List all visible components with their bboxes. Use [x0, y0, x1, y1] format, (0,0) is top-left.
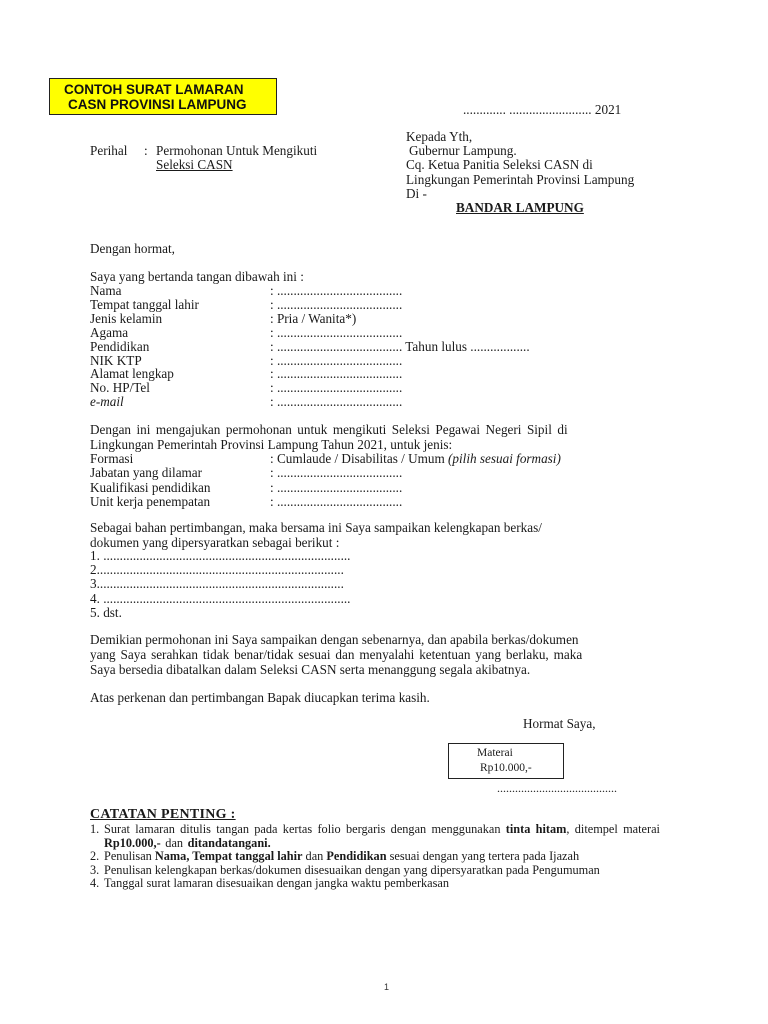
application-line-2: Lingkungan Pemerintah Provinsi Lampung T…: [90, 437, 650, 452]
application-field-label: Unit kerja penempatan: [90, 495, 270, 509]
note-item: 2.Penulisan Nama, Tempat tanggal lahir d…: [90, 850, 660, 864]
note-number: 3.: [90, 864, 104, 878]
note-emphasis: tinta hitam: [506, 822, 567, 836]
attachment-item: 3.......................................…: [90, 577, 344, 591]
perihal-colon: :: [144, 143, 148, 158]
personal-field-label: e-mail: [90, 395, 270, 409]
recipient-line-5: Di -: [406, 186, 427, 201]
note-fragment: Penulisan kelengkapan berkas/dokumen dis…: [104, 863, 600, 877]
note-text: Penulisan kelengkapan berkas/dokumen dis…: [104, 864, 660, 878]
personal-field-value: : ......................................: [270, 283, 402, 298]
personal-field-label: Tempat tanggal lahir: [90, 298, 270, 312]
closing-line-1: Demikian permohonan ini Saya sampaikan d…: [90, 632, 652, 647]
notes-title: CATATAN PENTING :: [90, 807, 236, 822]
personal-field-value: : ......................................: [270, 353, 402, 368]
note-text: Surat lamaran ditulis tangan pada kertas…: [104, 823, 660, 850]
application-field-value: : ......................................: [270, 494, 402, 509]
application-field-row: Kualifikasi pendidikan: ................…: [90, 481, 402, 495]
personal-field-row: NIK KTP: ...............................…: [90, 354, 402, 368]
greeting: Dengan hormat,: [90, 241, 175, 256]
perihal-line-1: Permohonan Untuk Mengikuti: [156, 143, 317, 158]
formasi-note: (pilih sesuai formasi): [448, 451, 561, 466]
note-fragment: dan: [302, 849, 326, 863]
personal-field-row: e-mail: ................................…: [90, 395, 402, 409]
recipient-city: BANDAR LAMPUNG: [456, 200, 584, 215]
recipient-line-4: Lingkungan Pemerintah Provinsi Lampung: [406, 172, 634, 187]
personal-field-label: Agama: [90, 326, 270, 340]
recipient-line-3: Cq. Ketua Panitia Seleksi CASN di: [406, 157, 593, 172]
note-emphasis: Nama, Tempat tanggal lahir: [155, 849, 303, 863]
application-field-label: Kualifikasi pendidikan: [90, 481, 270, 495]
attachments-paragraph: Sebagai bahan pertimbangan, maka bersama…: [90, 520, 650, 550]
stamp-box: Materai Rp10.000,-: [448, 743, 564, 779]
personal-field-row: Nama: ..................................…: [90, 284, 402, 298]
personal-field-label: No. HP/Tel: [90, 381, 270, 395]
note-number: 1.: [90, 823, 104, 850]
personal-field-row: Agama: .................................…: [90, 326, 402, 340]
note-text: Penulisan Nama, Tempat tanggal lahir dan…: [104, 850, 660, 864]
attachment-item: 5. dst.: [90, 606, 122, 620]
formasi-row: Formasi: Cumlaude / Disabilitas / Umum (…: [90, 452, 561, 466]
note-item: 1.Surat lamaran ditulis tangan pada kert…: [90, 823, 660, 850]
date-line: ............. ......................... …: [463, 102, 621, 117]
note-emphasis: ditandatangani.: [188, 836, 271, 850]
thanks-text: Atas perkenan dan pertimbangan Bapak diu…: [90, 690, 430, 705]
personal-field-row: Alamat lengkap: ........................…: [90, 367, 402, 381]
personal-field-value: : ......................................…: [270, 339, 530, 354]
personal-field-value: : ......................................: [270, 366, 402, 381]
note-number: 4.: [90, 877, 104, 891]
note-fragment: Tanggal surat lamaran disesuaikan dengan…: [104, 876, 449, 890]
perihal-line-2: Seleksi CASN: [156, 157, 233, 172]
personal-field-row: Pendidikan: ............................…: [90, 340, 530, 354]
salutation: Hormat Saya,: [523, 716, 596, 731]
personal-field-row: No. HP/Tel: ............................…: [90, 381, 402, 395]
personal-field-label: Pendidikan: [90, 340, 270, 354]
application-field-value: : ......................................: [270, 465, 402, 480]
personal-field-row: Tempat tanggal lahir: ..................…: [90, 298, 402, 312]
application-line-1: Dengan ini mengajukan permohonan untuk m…: [90, 422, 650, 437]
personal-field-value: : ......................................: [270, 297, 402, 312]
notes-list: 1.Surat lamaran ditulis tangan pada kert…: [90, 823, 660, 891]
document-banner: CONTOH SURAT LAMARAN CASN PROVINSI LAMPU…: [49, 78, 277, 115]
intro-text: Saya yang bertanda tangan dibawah ini :: [90, 269, 304, 284]
banner-line-1: CONTOH SURAT LAMARAN: [64, 82, 276, 97]
closing-line-2: yang Saya serahkan tidak benar/tidak ses…: [90, 647, 652, 662]
note-fragment: dan: [161, 836, 188, 850]
formasi-label: Formasi: [90, 452, 270, 466]
attachments-line-1: Sebagai bahan pertimbangan, maka bersama…: [90, 520, 650, 535]
stamp-value: Rp10.000,-: [477, 761, 563, 776]
note-emphasis: Pendidikan: [326, 849, 386, 863]
note-item: 3.Penulisan kelengkapan berkas/dokumen d…: [90, 864, 660, 878]
note-item: 4.Tanggal surat lamaran disesuaikan deng…: [90, 877, 660, 891]
application-field-value: : ......................................: [270, 480, 402, 495]
note-emphasis: Rp10.000,-: [104, 836, 161, 850]
note-fragment: Surat lamaran ditulis tangan pada kertas…: [104, 822, 506, 836]
recipient-line-1: Kepada Yth,: [406, 129, 472, 144]
personal-field-value: : ......................................: [270, 394, 402, 409]
personal-field-label: Nama: [90, 284, 270, 298]
note-number: 2.: [90, 850, 104, 864]
personal-field-label: NIK KTP: [90, 354, 270, 368]
recipient-line-2: Gubernur Lampung.: [409, 143, 517, 158]
note-fragment: , ditempel materai: [566, 822, 660, 836]
personal-field-label: Jenis kelamin: [90, 312, 270, 326]
attachment-item: 1. .....................................…: [90, 549, 350, 563]
formasi-value: : Cumlaude / Disabilitas / Umum: [270, 451, 445, 466]
attachment-item: 4. .....................................…: [90, 592, 350, 606]
note-fragment: Penulisan: [104, 849, 155, 863]
closing-line-3: Saya bersedia dibatalkan dalam Seleksi C…: [90, 662, 652, 677]
note-text: Tanggal surat lamaran disesuaikan dengan…: [104, 877, 660, 891]
personal-field-value: : Pria / Wanita*): [270, 311, 356, 326]
personal-field-value: : ......................................: [270, 380, 402, 395]
attachment-item: 2.......................................…: [90, 563, 344, 577]
personal-field-label: Alamat lengkap: [90, 367, 270, 381]
banner-line-2: CASN PROVINSI LAMPUNG: [64, 97, 276, 112]
personal-field-value: : ......................................: [270, 325, 402, 340]
application-paragraph: Dengan ini mengajukan permohonan untuk m…: [90, 422, 650, 452]
application-line-1-text: Dengan ini mengajukan permohonan untuk m…: [90, 422, 568, 437]
application-field-label: Jabatan yang dilamar: [90, 466, 270, 480]
personal-field-row: Jenis kelamin: Pria / Wanita*): [90, 312, 356, 326]
stamp-label: Materai: [477, 746, 563, 761]
signature-name-line: ........................................: [497, 781, 617, 796]
application-field-row: Unit kerja penempatan: .................…: [90, 495, 402, 509]
application-field-row: Jabatan yang dilamar: ..................…: [90, 466, 402, 480]
closing-paragraph: Demikian permohonan ini Saya sampaikan d…: [90, 632, 652, 677]
note-fragment: sesuai dengan yang tertera pada Ijazah: [387, 849, 580, 863]
page-number: 1: [384, 982, 389, 992]
perihal-label: Perihal: [90, 143, 127, 158]
